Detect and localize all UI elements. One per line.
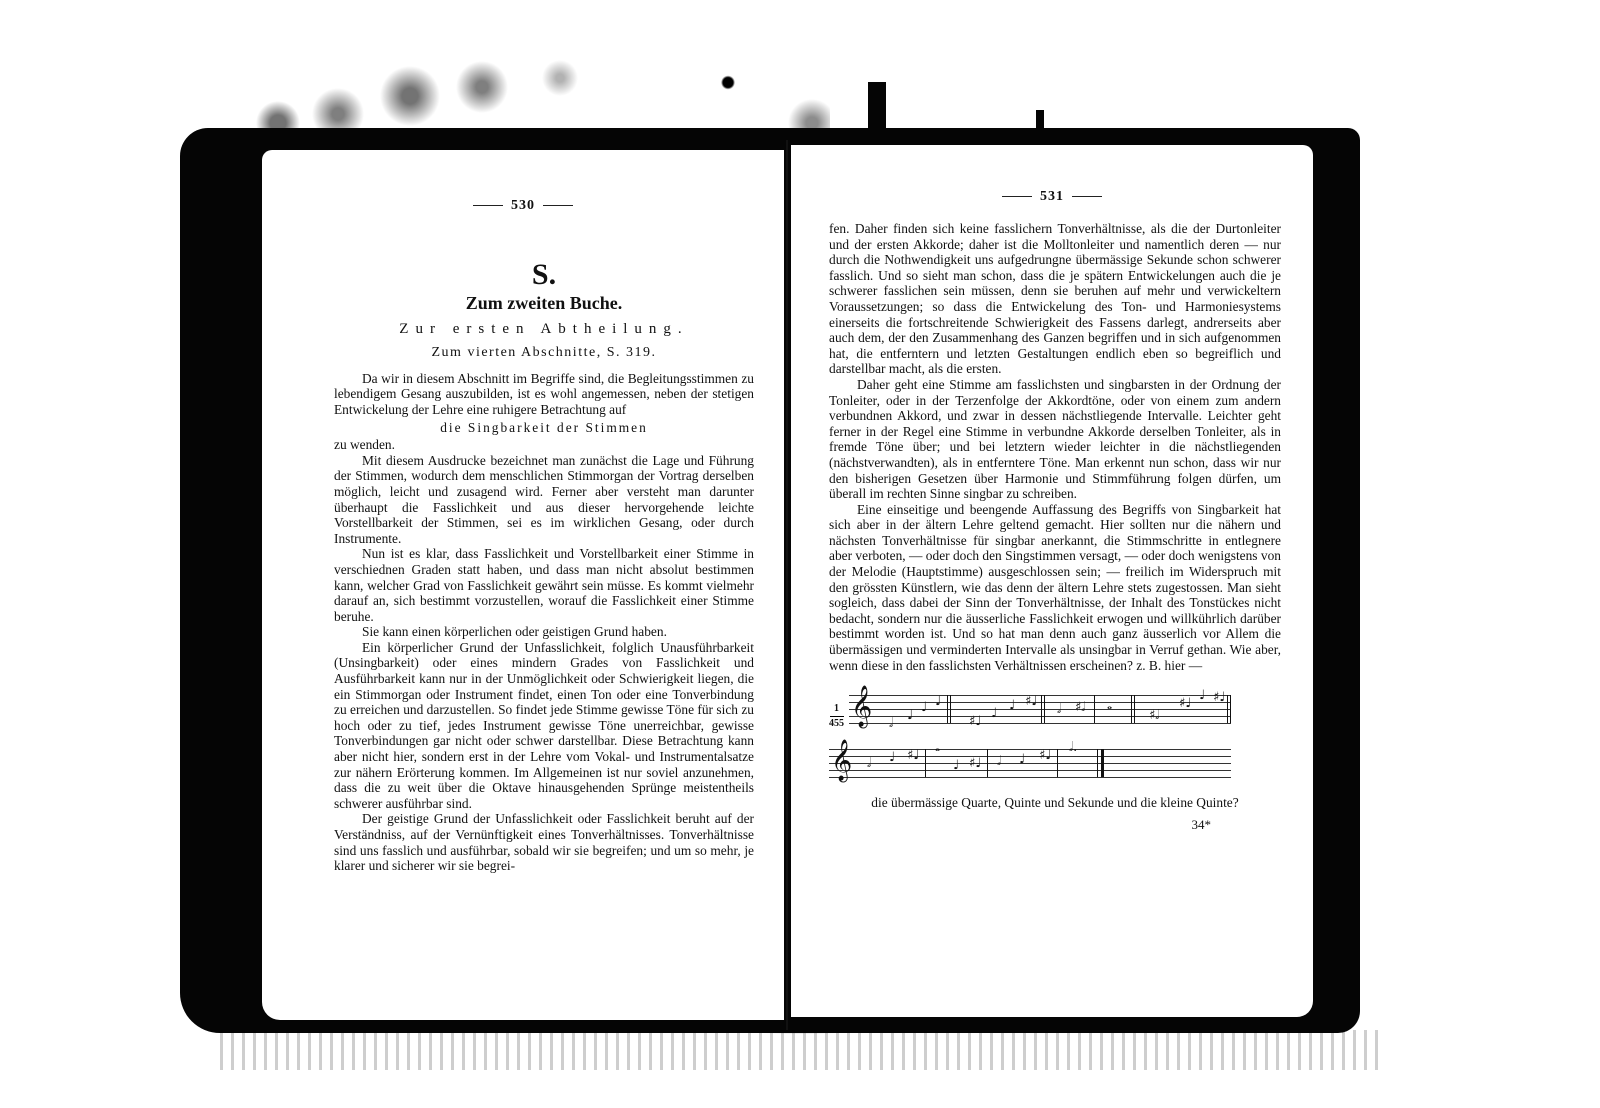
paragraph: fen. Daher finden sich keine fasslichern… — [829, 221, 1281, 377]
paragraph: zu wenden. — [334, 437, 754, 453]
right-page-body: fen. Daher finden sich keine fasslichern… — [829, 221, 1281, 833]
right-page: 531 fen. Daher finden sich keine fasslic… — [791, 145, 1313, 1017]
paragraph: Eine einseitige und beengende Auffassung… — [829, 502, 1281, 674]
paragraph: Da wir in diesem Abschnitt im Begriffe s… — [334, 371, 754, 418]
heading-division: Zur ersten Abtheilung. — [334, 322, 754, 338]
example-ref-bottom: 455 — [829, 718, 844, 730]
treble-clef-icon: 𝄞 — [851, 687, 872, 727]
example-reference: 1 455 — [829, 703, 844, 730]
left-page-body: S. Zum zweiten Buche. Zur ersten Abtheil… — [334, 258, 754, 874]
folio-number: 530 — [511, 198, 535, 213]
left-page: 530 S. Zum zweiten Buche. Zur ersten Abt… — [262, 150, 784, 1020]
music-staff-1: 𝄞 𝅗𝅥♩♩♩ ♯♩♩♩♯♩ 𝅗𝅥♯𝅗𝅥 𝅝 ♯𝅗𝅥♯♩♩♯♩ — [849, 695, 1231, 723]
signature-mark: 34* — [829, 817, 1281, 833]
example-ref-top: 1 — [829, 703, 844, 715]
paragraph: Nun ist es klar, dass Fasslichkeit und V… — [334, 546, 754, 624]
page-number-left: 530 — [262, 198, 784, 214]
music-staff-2: 𝄞 𝅗𝅥♩♯♩ 𝅝♩♯♩ 𝅗𝅥♩♯♩ 𝅗𝅥. — [829, 749, 1231, 777]
paragraph: Der geistige Grund der Unfasslichkeit od… — [334, 811, 754, 873]
emphasized-line: die Singbarkeit der Stimmen — [334, 420, 754, 436]
treble-clef-icon: 𝄞 — [831, 741, 852, 781]
paragraph: Ein körperlicher Grund der Unfasslichkei… — [334, 640, 754, 812]
heading-section: Zum vierten Abschnitte, S. 319. — [334, 345, 754, 361]
bookmark-tab-small — [1036, 110, 1044, 134]
paragraph: Sie kann einen körperlichen oder geistig… — [334, 624, 754, 640]
bookmark-tab — [868, 82, 886, 132]
paragraph: Daher geht eine Stimme am fasslichsten u… — [829, 377, 1281, 502]
paragraph: Mit diesem Ausdrucke bezeichnet man zunä… — [334, 453, 754, 547]
section-letter: S. — [334, 258, 754, 292]
music-example: 1 455 𝄞 𝅗𝅥♩♩♩ ♯♩♩♩♯♩ 𝅗𝅥♯𝅗𝅥 𝅝 ♯𝅗𝅥♯♩♩♯♩ — [829, 683, 1281, 791]
scan-noise-bottom — [220, 1030, 1380, 1070]
book-spine — [786, 140, 788, 1030]
music-caption: die übermässige Quarte, Quinte und Sekun… — [829, 795, 1281, 811]
heading-book: Zum zweiten Buche. — [334, 296, 754, 312]
page-number-right: 531 — [791, 189, 1313, 205]
folio-number: 531 — [1040, 189, 1064, 204]
